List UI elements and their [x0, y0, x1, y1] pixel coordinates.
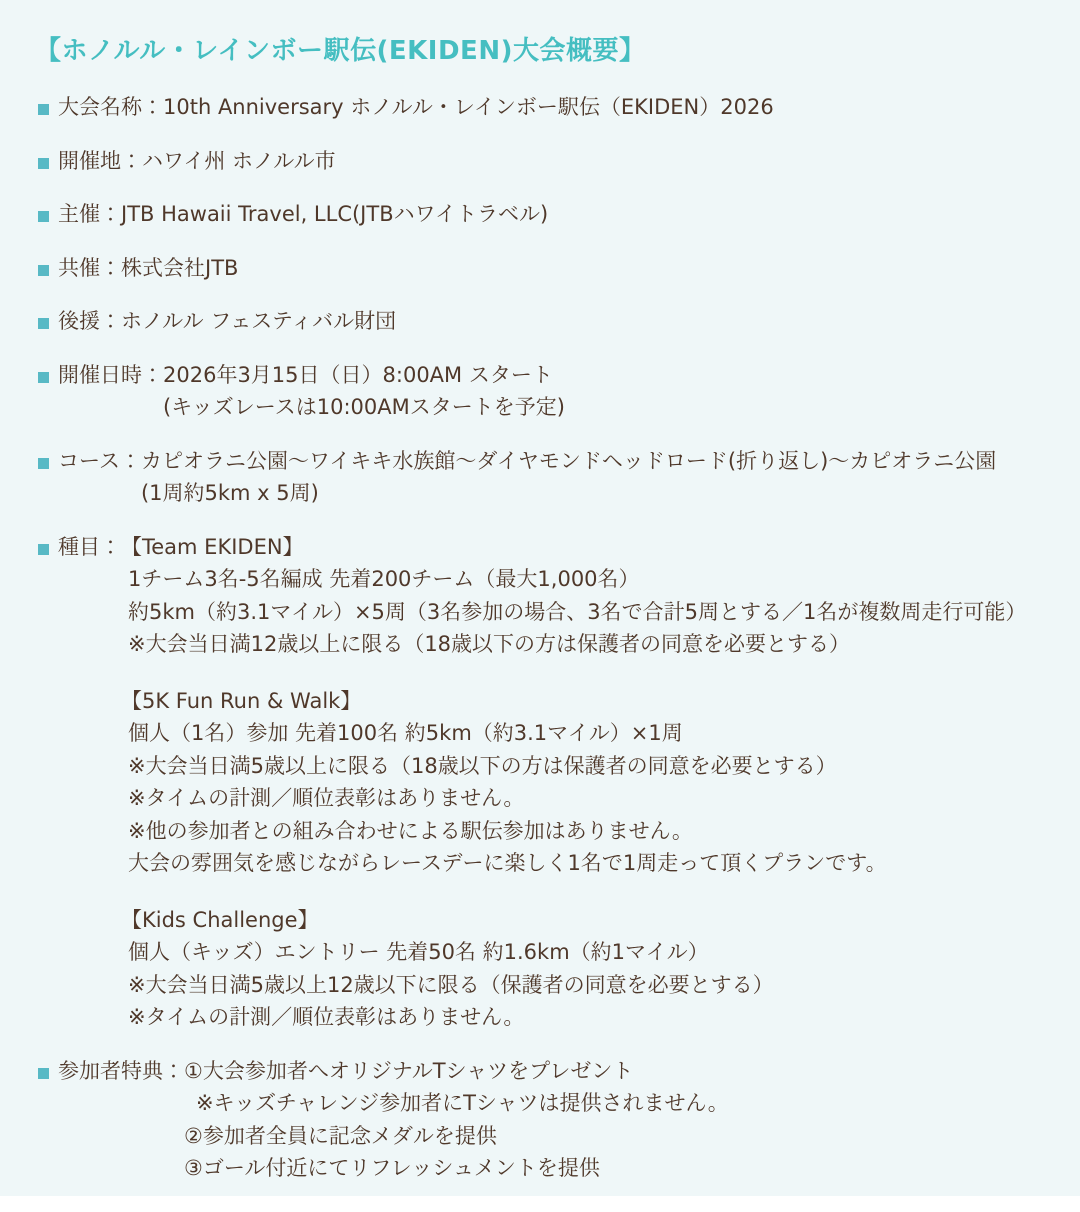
item-text: 2026年3月15日（日）8:00AM スタート	[163, 359, 565, 392]
event-block-title: 【5K Fun Run & Walk】	[121, 685, 1026, 718]
bullet-square-icon	[38, 318, 49, 329]
event-block-title: 【Team EKIDEN】	[121, 531, 1026, 564]
event-block-kids-challenge: 【Kids Challenge】 個人（キッズ）エントリー 先着50名 約1.6…	[121, 904, 1026, 1034]
overview-item-organizer: 主催：JTB Hawaii Travel, LLC(JTBハワイトラベル)	[35, 198, 1052, 231]
bullet-square-icon	[38, 372, 49, 383]
item-text: 個人（キッズ）エントリー 先着50名 約1.6km（約1マイル）	[121, 936, 1026, 969]
item-label: 参加者特典：	[58, 1055, 184, 1088]
item-text: 主催：JTB Hawaii Travel, LLC(JTBハワイトラベル)	[58, 198, 548, 231]
item-text: 大会名称：10th Anniversary ホノルル・レインボー駅伝（EKIDE…	[58, 91, 774, 124]
item-text: ※キッズチャレンジ参加者にTシャツは提供されません。	[184, 1087, 729, 1120]
bullet-square-icon	[38, 104, 49, 115]
bullet-square-icon	[38, 544, 49, 555]
item-text: 開催地：ハワイ州 ホノルル市	[58, 145, 336, 178]
overview-item-supporter: 後援：ホノルル フェスティバル財団	[35, 305, 1052, 338]
bullet-square-icon	[38, 158, 49, 169]
item-text: (1周約5km x 5周)	[141, 477, 996, 510]
bottom-strip	[0, 1196, 1080, 1212]
overview-item-benefits: 参加者特典： ①大会参加者へオリジナルTシャツをプレゼント ※キッズチャレンジ参…	[35, 1055, 1052, 1185]
item-text: ※タイムの計測／順位表彰はありません。	[121, 782, 1026, 815]
item-text: ※大会当日満5歳以上12歳以下に限る（保護者の同意を必要とする）	[121, 969, 1026, 1002]
item-text: 個人（1名）参加 先着100名 約5km（約3.1マイル）×1周	[121, 717, 1026, 750]
item-text: 後援：ホノルル フェスティバル財団	[58, 305, 396, 338]
item-text: カピオラニ公園～ワイキキ水族館～ダイヤモンドヘッドロード(折り返し)～カピオラニ…	[141, 445, 996, 478]
bullet-square-icon	[38, 265, 49, 276]
item-text: ③ゴール付近にてリフレッシュメントを提供	[184, 1152, 729, 1185]
item-text: 1チーム3名-5名編成 先着200チーム（最大1,000名）	[121, 563, 1026, 596]
overview-item-course: コース： カピオラニ公園～ワイキキ水族館～ダイヤモンドヘッドロード(折り返し)～…	[35, 445, 1052, 510]
overview-item-name: 大会名称：10th Anniversary ホノルル・レインボー駅伝（EKIDE…	[35, 91, 1052, 124]
overview-item-events: 種目： 【Team EKIDEN】 1チーム3名-5名編成 先着200チーム（最…	[35, 531, 1052, 1034]
item-text: ※他の参加者との組み合わせによる駅伝参加はありません。	[121, 815, 1026, 848]
item-text: ※大会当日満5歳以上に限る（18歳以下の方は保護者の同意を必要とする）	[121, 750, 1026, 783]
item-text: ①大会参加者へオリジナルTシャツをプレゼント	[184, 1055, 729, 1088]
item-text: ※タイムの計測／順位表彰はありません。	[121, 1001, 1026, 1034]
item-label: コース：	[58, 445, 141, 478]
overview-item-co-organizer: 共催：株式会社JTB	[35, 252, 1052, 285]
item-text: 約5km（約3.1マイル）×5周（3名参加の場合、3名で合計5周とする／1名が複…	[121, 596, 1026, 629]
bullet-square-icon	[38, 211, 49, 222]
event-block-fun-run-walk: 【5K Fun Run & Walk】 個人（1名）参加 先着100名 約5km…	[121, 685, 1026, 880]
page-title: 【ホノルル・レインボー駅伝(EKIDEN)大会概要】	[35, 36, 1052, 66]
item-text: (キッズレースは10:00AMスタートを予定)	[163, 391, 565, 424]
event-overview-content: 【ホノルル・レインボー駅伝(EKIDEN)大会概要】 大会名称：10th Ann…	[0, 0, 1080, 1196]
item-label: 開催日時：	[58, 359, 163, 392]
event-block-title: 【Kids Challenge】	[121, 904, 1026, 937]
event-overview-page: 【ホノルル・レインボー駅伝(EKIDEN)大会概要】 大会名称：10th Ann…	[0, 0, 1080, 1212]
event-block-team-ekiden: 【Team EKIDEN】 1チーム3名-5名編成 先着200チーム（最大1,0…	[121, 531, 1026, 661]
item-text: ※大会当日満12歳以上に限る（18歳以下の方は保護者の同意を必要とする）	[121, 628, 1026, 661]
bullet-square-icon	[38, 1068, 49, 1079]
overview-item-location: 開催地：ハワイ州 ホノルル市	[35, 145, 1052, 178]
bullet-square-icon	[38, 458, 49, 469]
item-text: 共催：株式会社JTB	[58, 252, 238, 285]
item-text: 大会の雰囲気を感じながらレースデーに楽しく1名で1周走って頂くプランです。	[121, 847, 1026, 880]
overview-item-datetime: 開催日時： 2026年3月15日（日）8:00AM スタート (キッズレースは1…	[35, 359, 1052, 424]
item-label: 種目：	[58, 531, 121, 564]
item-text: ②参加者全員に記念メダルを提供	[184, 1120, 729, 1153]
